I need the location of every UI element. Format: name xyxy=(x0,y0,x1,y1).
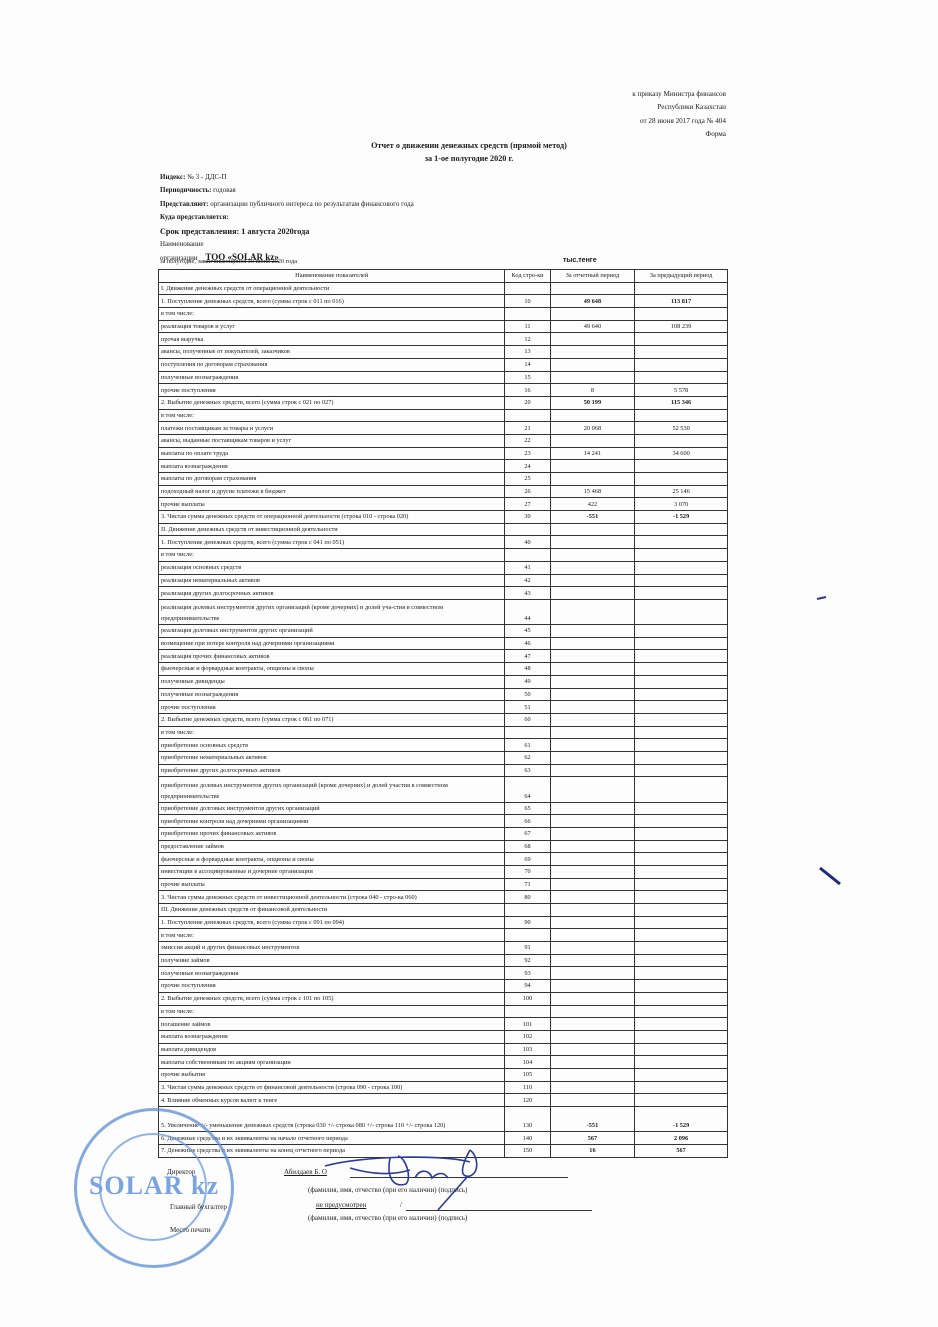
row-previous xyxy=(635,688,728,701)
row-previous xyxy=(635,802,728,815)
row-previous: 113 817 xyxy=(635,295,728,308)
row-current xyxy=(550,777,635,802)
row-code: 101 xyxy=(505,1018,550,1031)
row-code: 140 xyxy=(505,1132,550,1145)
row-current xyxy=(550,1081,635,1094)
row-name: прочие выбытия xyxy=(159,1068,505,1081)
row-previous xyxy=(635,891,728,904)
row-name: реализация других долгосрочных активов xyxy=(159,587,505,600)
table-row: 1. Поступление денежных средств, всего (… xyxy=(159,295,728,308)
row-name: в том числе: xyxy=(159,929,505,942)
row-current xyxy=(550,701,635,714)
row-code: 13 xyxy=(505,346,550,359)
row-current xyxy=(550,523,635,536)
row-code: 63 xyxy=(505,764,550,777)
row-current xyxy=(550,650,635,663)
table-row: II. Движение денежных средств от инвести… xyxy=(159,523,728,536)
row-previous: 3 070 xyxy=(635,498,728,511)
row-code: 94 xyxy=(505,980,550,993)
row-code: 23 xyxy=(505,447,550,460)
table-row: прочие выбытия105 xyxy=(159,1068,728,1081)
table-row: полученные вознаграждения15 xyxy=(159,371,728,384)
row-previous xyxy=(635,434,728,447)
table-row: приобретение нематериальных активов62 xyxy=(159,751,728,764)
table-row: погашение займов101 xyxy=(159,1018,728,1031)
row-current: 567 xyxy=(550,1132,635,1145)
row-name: 5. Увеличение +/- уменьшение денежных ср… xyxy=(159,1107,505,1132)
table-row: реализация нематериальных активов42 xyxy=(159,574,728,587)
row-code: 20 xyxy=(505,396,550,409)
row-code: 22 xyxy=(505,434,550,447)
row-name: выплаты собственникам по акциям организа… xyxy=(159,1056,505,1069)
row-name: прочие выплаты xyxy=(159,498,505,511)
row-previous: 115 346 xyxy=(635,396,728,409)
row-code: 16 xyxy=(505,384,550,397)
row-current xyxy=(550,751,635,764)
row-name: полученные дивиденды xyxy=(159,675,505,688)
row-current xyxy=(550,929,635,942)
row-previous xyxy=(635,878,728,891)
row-current xyxy=(550,802,635,815)
row-code xyxy=(505,726,550,739)
row-code: 80 xyxy=(505,891,550,904)
table-row: подоходный налог и другие платежи в бюдж… xyxy=(159,485,728,498)
row-code: 10 xyxy=(505,295,550,308)
row-code: 90 xyxy=(505,916,550,929)
row-name: 3. Чистая сумма денежных средств от фина… xyxy=(159,1081,505,1094)
row-previous xyxy=(635,764,728,777)
ink-mark-icon xyxy=(816,594,828,602)
row-previous xyxy=(635,942,728,955)
row-code: 14 xyxy=(505,358,550,371)
row-current: 14 241 xyxy=(550,447,635,460)
row-code: 69 xyxy=(505,853,550,866)
row-name: реализация нематериальных активов xyxy=(159,574,505,587)
row-current xyxy=(550,473,635,486)
table-row: 1. Поступление денежных средств, всего (… xyxy=(159,536,728,549)
row-previous xyxy=(635,650,728,663)
row-name: выплаты по оплате труда xyxy=(159,447,505,460)
row-name: прочие поступления xyxy=(159,384,505,397)
row-name: платежи поставщикам за товары и услуги xyxy=(159,422,505,435)
row-previous xyxy=(635,371,728,384)
row-code: 150 xyxy=(505,1144,550,1157)
row-code: 103 xyxy=(505,1043,550,1056)
row-current: 16 xyxy=(550,1144,635,1157)
table-row: приобретение контроля над дочерними орга… xyxy=(159,815,728,828)
table-row: авансы, полученные от покупателей, заказ… xyxy=(159,346,728,359)
row-code xyxy=(505,308,550,321)
row-name: получение займов xyxy=(159,954,505,967)
row-name: 2. Выбытие денежных средств, всего (сумм… xyxy=(159,713,505,726)
table-row: 2. Выбытие денежных средств, всего (сумм… xyxy=(159,713,728,726)
report-title: Отчет о движении денежных средств (прямо… xyxy=(0,139,938,165)
row-name: выплата вознаграждения xyxy=(159,460,505,473)
table-row: 3. Чистая сумма денежных средств от фина… xyxy=(159,1081,728,1094)
row-previous xyxy=(635,1043,728,1056)
row-code: 50 xyxy=(505,688,550,701)
signature-icon xyxy=(320,1148,500,1218)
row-code: 120 xyxy=(505,1094,550,1107)
row-current xyxy=(550,1005,635,1018)
row-previous xyxy=(635,637,728,650)
row-name: 1. Поступление денежных средств, всего (… xyxy=(159,916,505,929)
row-previous xyxy=(635,739,728,752)
row-current xyxy=(550,827,635,840)
report-title-line-2: за 1-ое полугодие 2020 г. xyxy=(0,152,938,165)
row-previous xyxy=(635,967,728,980)
row-current xyxy=(550,942,635,955)
row-current xyxy=(550,1018,635,1031)
row-name: в том числе: xyxy=(159,409,505,422)
table-row: предоставление займов68 xyxy=(159,840,728,853)
row-current xyxy=(550,1068,635,1081)
row-name: 3. Чистая сумма денежных средств от инве… xyxy=(159,891,505,904)
row-code: 46 xyxy=(505,637,550,650)
table-row: полученные вознаграждения50 xyxy=(159,688,728,701)
row-current xyxy=(550,1030,635,1043)
row-name: реализация прочих финансовых активов xyxy=(159,650,505,663)
order-line-3: от 28 июня 2017 года № 404 xyxy=(632,115,726,128)
table-row: в том числе: xyxy=(159,409,728,422)
table-row: в том числе: xyxy=(159,308,728,321)
row-name: приобретение прочих финансовых активов xyxy=(159,827,505,840)
row-previous xyxy=(635,916,728,929)
row-name: полученные вознаграждения xyxy=(159,688,505,701)
table-row: инвестиции в ассоциированные и дочерние … xyxy=(159,865,728,878)
row-current xyxy=(550,536,635,549)
table-row: приобретение долевых инструментов других… xyxy=(159,777,728,802)
row-current: -551 xyxy=(550,511,635,524)
row-previous xyxy=(635,346,728,359)
row-code xyxy=(505,282,550,295)
row-code: 70 xyxy=(505,865,550,878)
accountant-label: Главный бухгалтер xyxy=(170,1203,227,1211)
row-code xyxy=(505,904,550,917)
periodicity-value: годовая xyxy=(213,186,236,194)
row-current xyxy=(550,637,635,650)
table-row: выплата дивидендов103 xyxy=(159,1043,728,1056)
table-row: прочие выплаты274223 070 xyxy=(159,498,728,511)
row-code: 104 xyxy=(505,1056,550,1069)
table-row: выплаты по договорам страхования25 xyxy=(159,473,728,486)
row-previous xyxy=(635,815,728,828)
row-previous xyxy=(635,751,728,764)
row-code: 65 xyxy=(505,802,550,815)
row-code: 105 xyxy=(505,1068,550,1081)
table-row: 4. Влияние обменных курсов валют к тенге… xyxy=(159,1094,728,1107)
table-row: платежи поставщикам за товары и услуги21… xyxy=(159,422,728,435)
row-current: 15 468 xyxy=(550,485,635,498)
row-current xyxy=(550,409,635,422)
row-previous xyxy=(635,980,728,993)
row-code: 61 xyxy=(505,739,550,752)
table-row: поступления по договорам страхования14 xyxy=(159,358,728,371)
row-code xyxy=(505,549,550,562)
row-current: 50 199 xyxy=(550,396,635,409)
row-code: 43 xyxy=(505,587,550,600)
row-current xyxy=(550,574,635,587)
header-code: Код стро-ки xyxy=(505,270,550,283)
row-name: приобретение нематериальных активов xyxy=(159,751,505,764)
row-code: 92 xyxy=(505,954,550,967)
row-code: 62 xyxy=(505,751,550,764)
row-previous xyxy=(635,929,728,942)
company-stamp: SOLAR kz xyxy=(74,1108,234,1268)
table-row: прочая выручка12 xyxy=(159,333,728,346)
row-code xyxy=(505,409,550,422)
row-previous xyxy=(635,625,728,638)
table-row: 3. Чистая сумма денежных средств от опер… xyxy=(159,511,728,524)
row-code: 41 xyxy=(505,561,550,574)
row-current: -551 xyxy=(550,1107,635,1132)
row-code: 12 xyxy=(505,333,550,346)
row-code: 91 xyxy=(505,942,550,955)
row-previous xyxy=(635,663,728,676)
row-current xyxy=(550,688,635,701)
row-current xyxy=(550,308,635,321)
index-value: № 3 - ДДС-П xyxy=(187,173,226,181)
table-header-row: Наименование показателей Код стро-ки За … xyxy=(159,270,728,283)
row-current: 20 068 xyxy=(550,422,635,435)
table-row: 2. Выбытие денежных средств, всего (сумм… xyxy=(159,992,728,1005)
table-row: полученные дивиденды49 xyxy=(159,675,728,688)
row-current xyxy=(550,371,635,384)
row-name: фьючерсные и форвардные контракты, опцио… xyxy=(159,853,505,866)
table-row: реализация основных средств41 xyxy=(159,561,728,574)
row-previous xyxy=(635,308,728,321)
row-name: 4. Влияние обменных курсов валют к тенге xyxy=(159,1094,505,1107)
row-previous xyxy=(635,992,728,1005)
row-name: предоставление займов xyxy=(159,840,505,853)
director-label: Директор xyxy=(167,1168,195,1176)
row-current xyxy=(550,840,635,853)
row-current: 8 xyxy=(550,384,635,397)
row-name: 1. Поступление денежных средств, всего (… xyxy=(159,295,505,308)
index-row: Индекс: № 3 - ДДС-П xyxy=(160,171,414,184)
row-previous: -1 529 xyxy=(635,1107,728,1132)
table-row: выплаты собственникам по акциям организа… xyxy=(159,1056,728,1069)
row-previous xyxy=(635,333,728,346)
where-row: Куда представляется: xyxy=(160,211,414,224)
row-name: реализация основных средств xyxy=(159,561,505,574)
row-previous xyxy=(635,549,728,562)
row-name: прочие поступления xyxy=(159,980,505,993)
row-previous xyxy=(635,1030,728,1043)
table-row: прочие поступления51 xyxy=(159,701,728,714)
row-name: в том числе: xyxy=(159,1005,505,1018)
row-current: 49 640 xyxy=(550,320,635,333)
table-row: прочие выплаты71 xyxy=(159,878,728,891)
row-current xyxy=(550,815,635,828)
reporting-period: за полугодие, заканчивающийся 30 июня 20… xyxy=(160,258,297,265)
row-name: II. Движение денежных средств от инвести… xyxy=(159,523,505,536)
header-previous: За предыдущий период xyxy=(635,270,728,283)
row-previous xyxy=(635,865,728,878)
row-code: 71 xyxy=(505,878,550,891)
row-name: инвестиции в ассоциированные и дочерние … xyxy=(159,865,505,878)
org-label-1: Наименование xyxy=(160,238,414,251)
table-row: в том числе: xyxy=(159,929,728,942)
row-code: 30 xyxy=(505,511,550,524)
row-previous xyxy=(635,358,728,371)
row-code xyxy=(505,523,550,536)
deadline-row: Срок представления: 1 августа 2020года xyxy=(160,225,414,238)
row-code: 100 xyxy=(505,992,550,1005)
row-code: 27 xyxy=(505,498,550,511)
table-row: реализация долевых инструментов других о… xyxy=(159,599,728,624)
row-code: 102 xyxy=(505,1030,550,1043)
row-code: 130 xyxy=(505,1107,550,1132)
row-code: 68 xyxy=(505,840,550,853)
report-title-line-1: Отчет о движении денежных средств (прямо… xyxy=(0,139,938,152)
row-previous xyxy=(635,599,728,624)
row-current xyxy=(550,663,635,676)
row-previous xyxy=(635,536,728,549)
row-code: 64 xyxy=(505,777,550,802)
row-previous xyxy=(635,1094,728,1107)
header-current: За отчетный период xyxy=(550,270,635,283)
submitters-value: организации публичного интереса по резул… xyxy=(210,200,414,208)
row-previous xyxy=(635,954,728,967)
header-name: Наименование показателей xyxy=(159,270,505,283)
row-current xyxy=(550,599,635,624)
row-name: приобретение долговых инструментов други… xyxy=(159,802,505,815)
row-previous xyxy=(635,701,728,714)
row-current xyxy=(550,625,635,638)
row-code: 45 xyxy=(505,625,550,638)
row-previous xyxy=(635,904,728,917)
table-row: в том числе: xyxy=(159,726,728,739)
row-current xyxy=(550,549,635,562)
row-code: 47 xyxy=(505,650,550,663)
row-name: в том числе: xyxy=(159,549,505,562)
ink-blot-icon xyxy=(818,864,844,888)
row-current xyxy=(550,891,635,904)
row-previous xyxy=(635,777,728,802)
row-previous xyxy=(635,726,728,739)
row-current xyxy=(550,980,635,993)
row-name: погашение займов xyxy=(159,1018,505,1031)
row-previous: 34 600 xyxy=(635,447,728,460)
row-name: 3. Чистая сумма денежных средств от опер… xyxy=(159,511,505,524)
row-name: в том числе: xyxy=(159,726,505,739)
table-row: в том числе: xyxy=(159,549,728,562)
row-previous xyxy=(635,1068,728,1081)
stamp-text: SOLAR kz xyxy=(77,1171,231,1201)
row-code: 60 xyxy=(505,713,550,726)
row-name: реализация долевых инструментов других о… xyxy=(159,599,505,624)
row-current xyxy=(550,561,635,574)
row-previous xyxy=(635,561,728,574)
row-previous xyxy=(635,827,728,840)
row-current xyxy=(550,358,635,371)
row-current xyxy=(550,967,635,980)
row-code: 24 xyxy=(505,460,550,473)
row-name: 2. Выбытие денежных средств, всего (сумм… xyxy=(159,992,505,1005)
row-name: выплаты по договорам страхования xyxy=(159,473,505,486)
table-row: реализация прочих финансовых активов47 xyxy=(159,650,728,663)
table-row: прочие поступления94 xyxy=(159,980,728,993)
row-code: 42 xyxy=(505,574,550,587)
table-row: выплата вознаграждения102 xyxy=(159,1030,728,1043)
row-previous xyxy=(635,853,728,866)
row-code: 93 xyxy=(505,967,550,980)
cash-flow-table: Наименование показателей Код стро-ки За … xyxy=(158,269,728,1158)
row-name: приобретение основных средств xyxy=(159,739,505,752)
table-row: получение займов92 xyxy=(159,954,728,967)
order-line-2: Республики Казахстан xyxy=(632,101,726,114)
row-previous xyxy=(635,713,728,726)
row-name: реализация товаров и услуг xyxy=(159,320,505,333)
row-current xyxy=(550,282,635,295)
row-name: авансы, полученные от покупателей, заказ… xyxy=(159,346,505,359)
row-code xyxy=(505,929,550,942)
row-name: в том числе: xyxy=(159,308,505,321)
row-code: 40 xyxy=(505,536,550,549)
table-row: 5. Увеличение +/- уменьшение денежных ср… xyxy=(159,1107,728,1132)
row-name: приобретение долевых инструментов других… xyxy=(159,777,505,802)
table-row: реализация товаров и услуг1149 640108 23… xyxy=(159,320,728,333)
report-meta: Индекс: № 3 - ДДС-П Периодичность: годов… xyxy=(160,171,414,266)
row-name: выплата дивидендов xyxy=(159,1043,505,1056)
row-name: 2. Выбытие денежных средств, всего (сумм… xyxy=(159,396,505,409)
row-code: 21 xyxy=(505,422,550,435)
table-row: прочие поступления1685 578 xyxy=(159,384,728,397)
row-name: приобретение контроля над дочерними орга… xyxy=(159,815,505,828)
row-current xyxy=(550,346,635,359)
row-current xyxy=(550,434,635,447)
row-code: 66 xyxy=(505,815,550,828)
row-current xyxy=(550,1056,635,1069)
row-code: 110 xyxy=(505,1081,550,1094)
row-previous xyxy=(635,473,728,486)
row-name: авансы, выданные поставщикам товаров и у… xyxy=(159,434,505,447)
row-current xyxy=(550,713,635,726)
row-previous xyxy=(635,523,728,536)
table-row: возмещение при потере контроля над дочер… xyxy=(159,637,728,650)
table-row: 6. Денежные средства и их эквиваленты на… xyxy=(159,1132,728,1145)
table-row: приобретение прочих финансовых активов67 xyxy=(159,827,728,840)
table-row: полученные вознаграждения93 xyxy=(159,967,728,980)
row-previous xyxy=(635,460,728,473)
row-previous xyxy=(635,1018,728,1031)
row-previous xyxy=(635,282,728,295)
row-current xyxy=(550,954,635,967)
row-current xyxy=(550,333,635,346)
order-line-1: к приказу Министра финансов xyxy=(632,88,726,101)
row-current xyxy=(550,1094,635,1107)
row-current xyxy=(550,1043,635,1056)
row-current xyxy=(550,587,635,600)
row-name: поступления по договорам страхования xyxy=(159,358,505,371)
row-name: полученные вознаграждения xyxy=(159,967,505,980)
table-row: III. Движение денежных средств от финанс… xyxy=(159,904,728,917)
row-previous xyxy=(635,574,728,587)
row-previous: 5 578 xyxy=(635,384,728,397)
table-row: выплаты по оплате труда2314 24134 600 xyxy=(159,447,728,460)
row-name: фьючерсные и форвардные контракты, опцио… xyxy=(159,663,505,676)
row-name: возмещение при потере контроля над дочер… xyxy=(159,637,505,650)
row-previous xyxy=(635,1081,728,1094)
row-previous: 52 530 xyxy=(635,422,728,435)
table-row: эмиссия акций и других финансовых инстру… xyxy=(159,942,728,955)
row-current xyxy=(550,853,635,866)
row-current xyxy=(550,878,635,891)
row-code xyxy=(505,1005,550,1018)
row-previous: 108 239 xyxy=(635,320,728,333)
row-previous xyxy=(635,1005,728,1018)
